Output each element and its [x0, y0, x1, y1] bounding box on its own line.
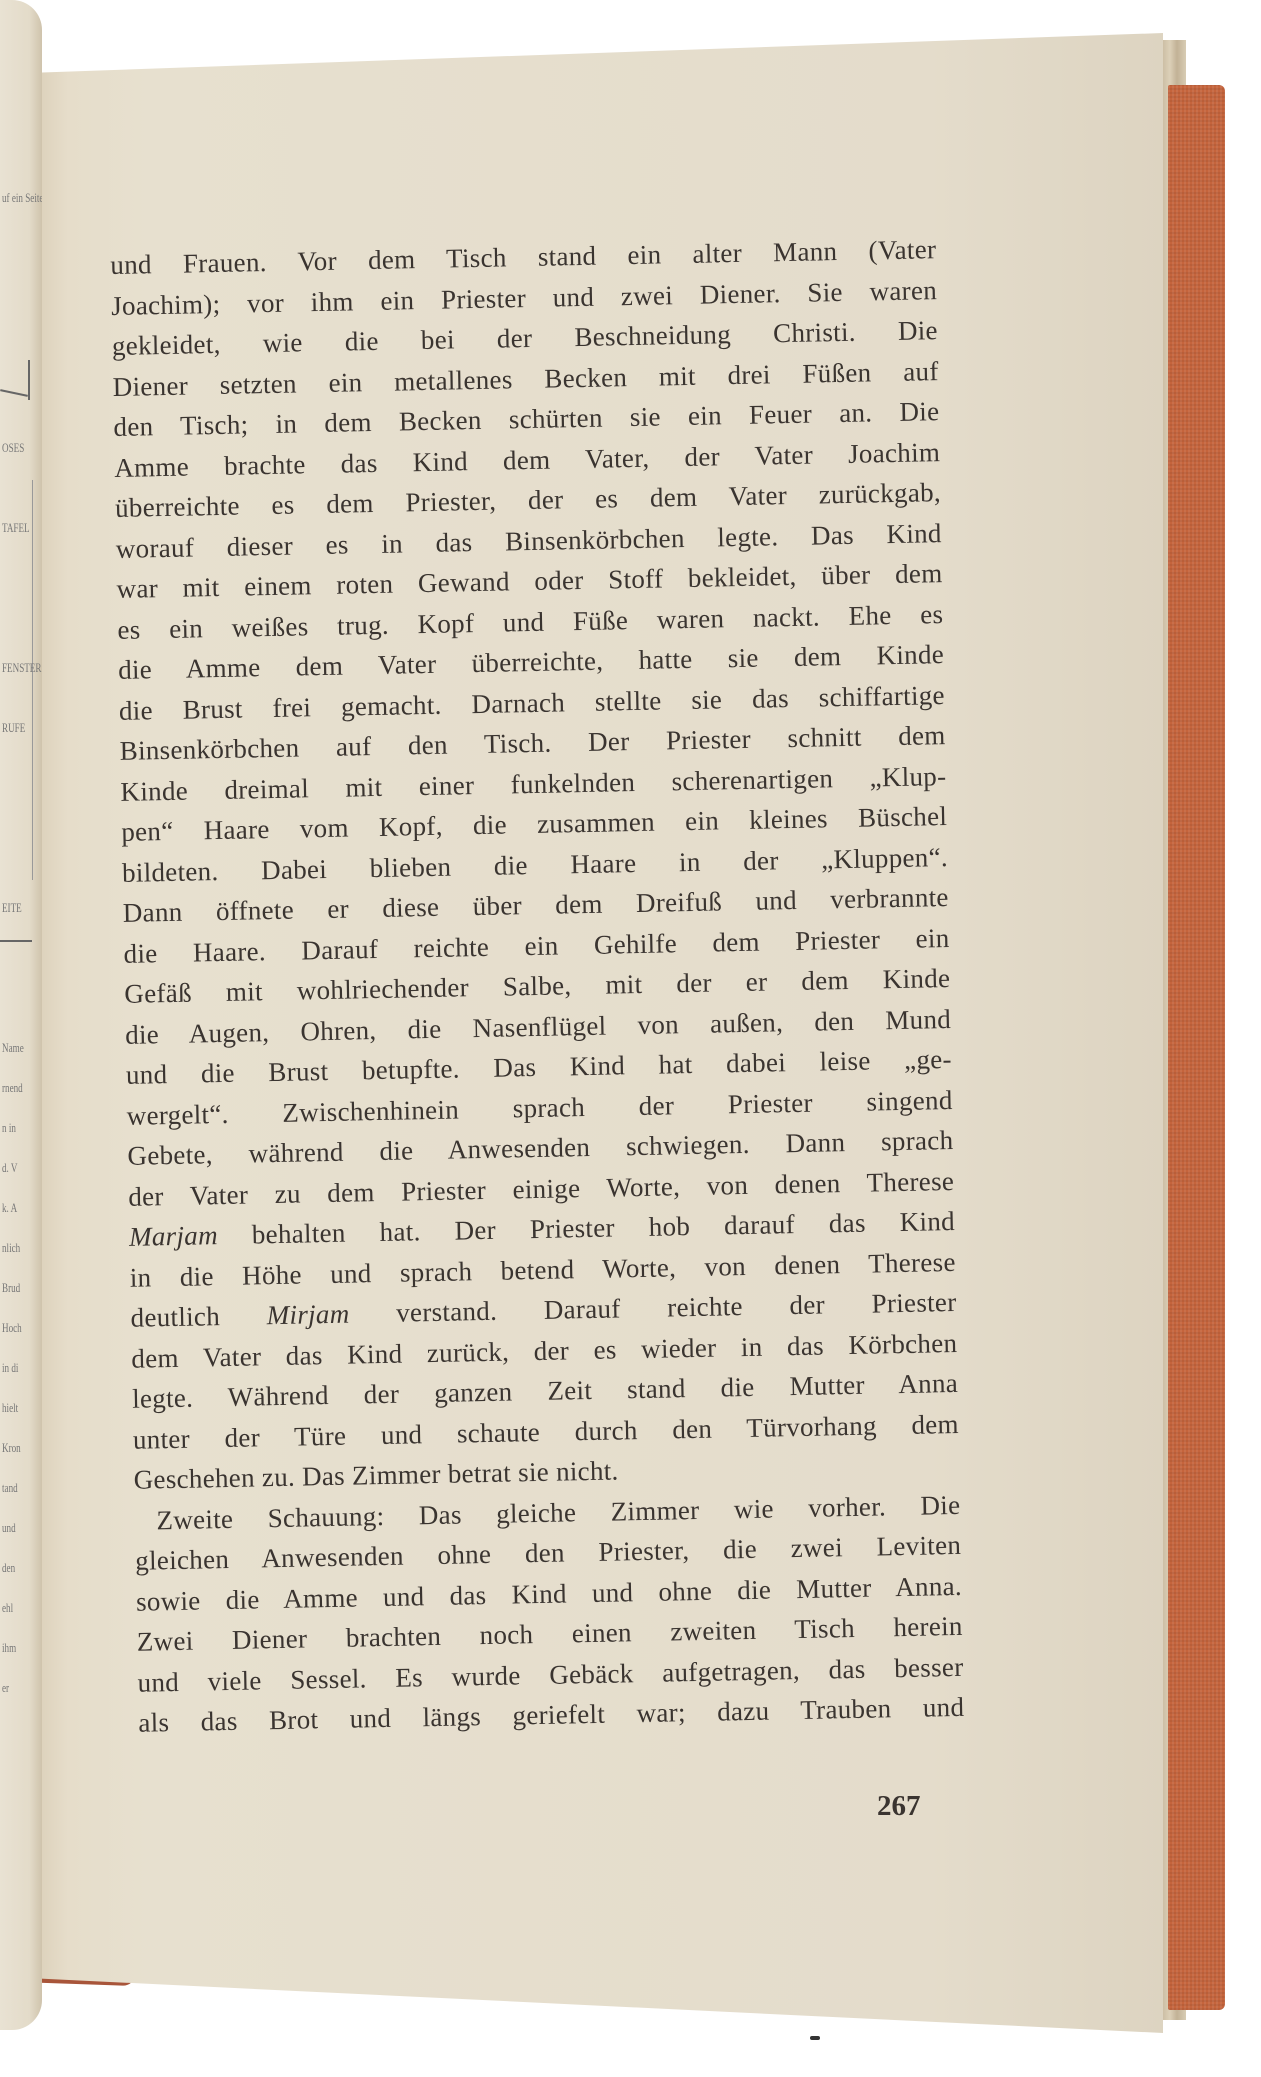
left-page-fragment: n in	[2, 1120, 16, 1136]
left-page-fragment: RUFE	[2, 720, 25, 736]
left-page-fragment: ehl	[2, 1600, 13, 1616]
ink-mark	[810, 2036, 820, 2040]
left-page-fragment: OSES	[2, 440, 24, 456]
left-page-fragment: TAFEL	[2, 520, 30, 536]
diagram-line	[28, 360, 30, 400]
book-cover-cloth	[1168, 85, 1225, 2010]
left-page-fragment: Name	[2, 1040, 24, 1056]
page-number: 267	[877, 1790, 921, 1823]
body-text: und Frauen. Vor dem Tisch stand ein alte…	[110, 229, 965, 1743]
diagram-line	[32, 480, 33, 880]
left-page-fragment: k. A	[2, 1200, 17, 1216]
left-page-fragment: Hoch	[2, 1320, 22, 1336]
left-page-fragment: nlich	[2, 1240, 20, 1256]
left-page-fragment: und	[2, 1520, 16, 1536]
left-page-fragment: EITE	[2, 900, 22, 916]
left-page-fragment: tand	[2, 1480, 18, 1496]
left-page-fragment: d. V	[2, 1160, 18, 1176]
left-page-fragment: FENSTER	[2, 660, 41, 676]
diagram-line	[0, 940, 32, 942]
left-page-fragment: er	[2, 1680, 9, 1696]
left-page-fragment: den	[2, 1560, 15, 1576]
italic-name: Mirjam	[266, 1299, 349, 1331]
italic-name: Marjam	[129, 1220, 218, 1252]
left-page-edge: uf ein Seite gOSESTAFELFENSTERRUFEEITENa…	[0, 0, 42, 2030]
left-page-fragment: Kron	[2, 1440, 21, 1456]
left-page-fragment: uf ein Seite g	[2, 190, 42, 206]
left-page-fragment: Brud	[2, 1280, 20, 1296]
left-page-fragment: hielt	[2, 1400, 18, 1416]
left-page-fragment: rnend	[2, 1080, 23, 1096]
left-page-fragment: ihm	[2, 1640, 16, 1656]
diagram-line	[0, 389, 28, 397]
left-page-fragment: in di	[2, 1360, 18, 1376]
